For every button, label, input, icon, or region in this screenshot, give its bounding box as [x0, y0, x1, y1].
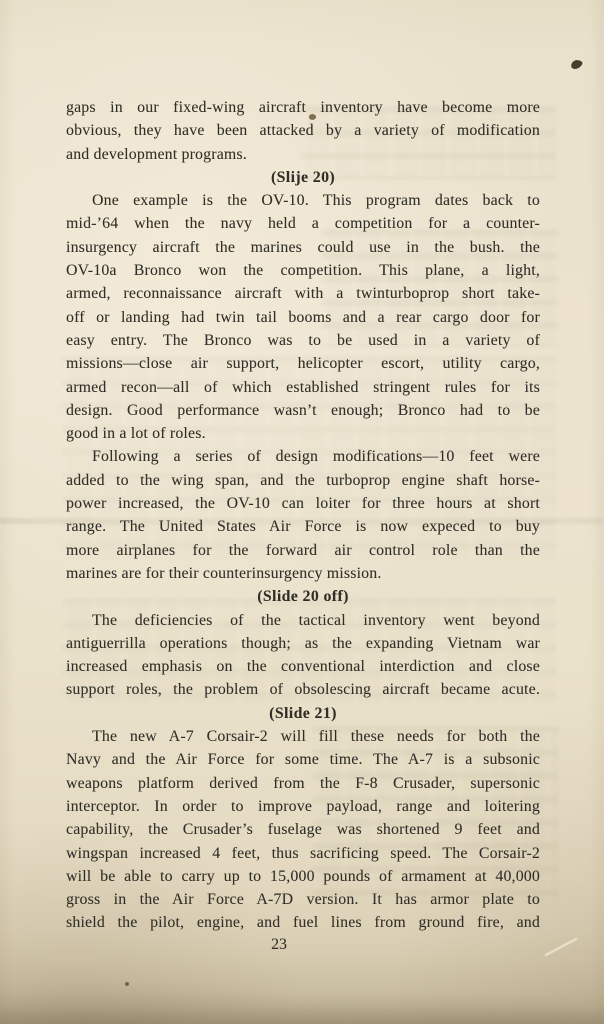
- body-line: Following a series of design modificatio…: [66, 445, 540, 468]
- body-line: mid-’64 when the navy held a competition…: [66, 212, 540, 235]
- body-line: OV-10a Bronco won the competition. This …: [66, 259, 540, 282]
- body-line: gross in the Air Force A-7D version. It …: [66, 888, 540, 911]
- body-line: added to the wing span, and the turbopro…: [66, 469, 540, 492]
- paragraph: The new A-7 Corsair-2 will fill these ne…: [66, 725, 540, 935]
- body-line: gaps in our fixed-wing aircraft inventor…: [66, 96, 540, 119]
- body-line: insurgency aircraft the marines could us…: [66, 236, 540, 259]
- body-line: wingspan increased 4 feet, thus sacrific…: [66, 842, 540, 865]
- body-line: obvious, they have been attacked by a va…: [66, 119, 540, 142]
- body-line: and development programs.: [66, 143, 540, 166]
- body-line: weapons platform derived from the F-8 Cr…: [66, 772, 540, 795]
- body-line: marines are for their counterinsurgency …: [66, 562, 540, 585]
- page-text: gaps in our fixed-wing aircraft inventor…: [66, 96, 540, 935]
- body-line: will be able to carry up to 15,000 pound…: [66, 865, 540, 888]
- body-line: power increased, the OV-10 can loiter fo…: [66, 492, 540, 515]
- body-line: easy entry. The Bronco was to be used in…: [66, 329, 540, 352]
- slide-heading: (Slide 20 off): [66, 585, 540, 608]
- body-line: range. The United States Air Force is no…: [66, 515, 540, 538]
- paragraph: The deficiencies of the tactical invento…: [66, 609, 540, 702]
- body-line: support roles, the problem of obsolescin…: [66, 678, 540, 701]
- body-line: more airplanes for the forward air contr…: [66, 539, 540, 562]
- body-line: interceptor. In order to improve payload…: [66, 795, 540, 818]
- body-line: design. Good performance wasn’t enough; …: [66, 399, 540, 422]
- body-line: increased emphasis on the conventional i…: [66, 655, 540, 678]
- paragraph: Following a series of design modificatio…: [66, 445, 540, 585]
- body-line: The new A-7 Corsair-2 will fill these ne…: [66, 725, 540, 748]
- slide-heading: (Slide 21): [66, 702, 540, 725]
- paragraph: gaps in our fixed-wing aircraft inventor…: [66, 96, 540, 166]
- body-line: shield the pilot, engine, and fuel lines…: [66, 911, 540, 934]
- body-line: One example is the OV-10. This program d…: [66, 189, 540, 212]
- body-line: antiguerrilla operations though; as the …: [66, 632, 540, 655]
- paragraph: One example is the OV-10. This program d…: [66, 189, 540, 445]
- body-line: off or landing had twin tail booms and a…: [66, 306, 540, 329]
- ink-speck: [570, 57, 584, 71]
- body-line: The deficiencies of the tactical invento…: [66, 609, 540, 632]
- body-line: Navy and the Air Force for some time. Th…: [66, 748, 540, 771]
- page-number: 23: [66, 936, 492, 954]
- body-line: armed, reconnaissance aircraft with a tw…: [66, 282, 540, 305]
- scanned-page: gaps in our fixed-wing aircraft inventor…: [0, 0, 604, 1024]
- body-line: missions—close air support, helicopter e…: [66, 352, 540, 375]
- body-line: good in a lot of roles.: [66, 422, 540, 445]
- slide-heading: (Slije 20): [66, 166, 540, 189]
- paper-scratch: [545, 938, 578, 957]
- ink-speck: [125, 982, 129, 986]
- body-line: armed recon—all of which established str…: [66, 376, 540, 399]
- body-line: capability, the Crusader’s fuselage was …: [66, 818, 540, 841]
